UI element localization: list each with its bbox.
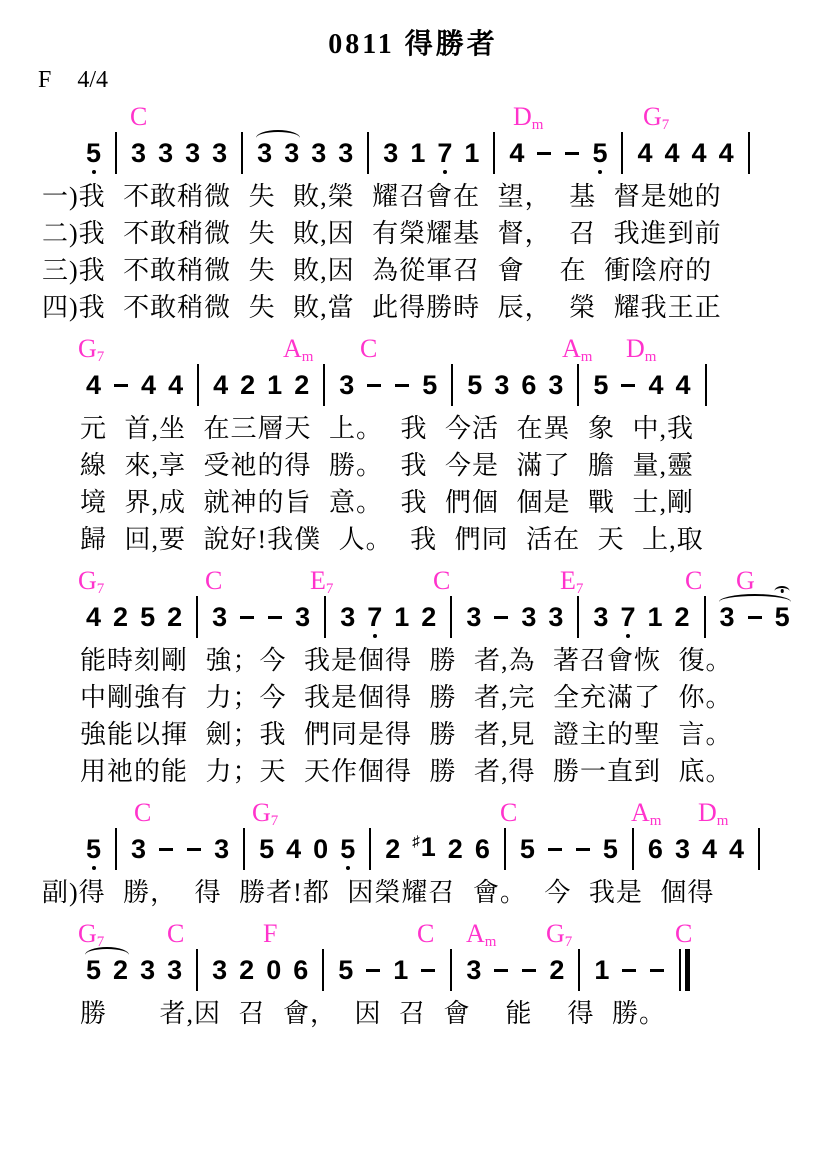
barline: [450, 596, 452, 638]
note: 5: [259, 835, 274, 863]
lyric-line: 二)我 不敢稍微 失 敗,因 有榮耀基 督， 召 我進到前: [42, 215, 826, 252]
note: 3: [593, 603, 608, 631]
chord-symbol: C: [130, 104, 147, 130]
lyric-line: 用祂的能 力；天 天作個得 勝 者,得 勝一直到 底。: [80, 753, 826, 790]
note: 6: [521, 371, 536, 399]
barline: [241, 132, 243, 174]
barline: [621, 132, 623, 174]
notation-row: 53354052♯126556344: [80, 826, 826, 872]
note: 3: [521, 603, 536, 631]
duration-dash: [621, 384, 635, 387]
chord-row: G7AmCAmDm: [0, 332, 826, 362]
chord-quality: m: [485, 934, 497, 950]
note: 1: [647, 603, 662, 631]
note: 3: [548, 603, 563, 631]
barline: [196, 949, 198, 991]
note: 2: [675, 603, 690, 631]
note: 4: [675, 371, 690, 399]
chord-row: G7CFCAmG7C: [0, 917, 826, 947]
note: 3: [131, 835, 146, 863]
note: 5: [775, 603, 790, 631]
duration-dash: [159, 848, 173, 851]
note: 5: [422, 371, 437, 399]
note: 5: [340, 835, 355, 863]
chord-quality: m: [581, 349, 593, 365]
note: 3: [284, 139, 299, 167]
note: 7: [367, 603, 382, 631]
chord-symbol: G7: [78, 568, 104, 594]
music-system: CDmG75333333333171454444一)我 不敢稍微 失 敗,榮 耀…: [0, 100, 826, 326]
barline: [367, 132, 369, 174]
slur-group: 52: [80, 956, 134, 984]
note: 3: [340, 603, 355, 631]
note: 4: [692, 139, 707, 167]
note: 3: [339, 371, 354, 399]
lyrics-block: 勝 者,因 召 會， 因 召 會 能 得 勝。: [0, 995, 826, 1032]
note: 5: [86, 139, 101, 167]
notation-row: 5333333333171454444: [80, 130, 826, 176]
chord-symbol: E7: [560, 568, 583, 594]
chord-symbol: G7: [78, 921, 104, 947]
note: 1: [410, 139, 425, 167]
lyric-line: 歸 回,要 說好!我僕 人。 我 們同 活在 天 上,取: [80, 521, 826, 558]
lyric-line: 能時刻剛 強；今 我是個得 勝 者,為 著召會恢 復。: [80, 642, 826, 679]
chord-symbol: C: [685, 568, 702, 594]
lyric-line: 強能以揮 劍；我 們同是得 勝 者,見 證主的聖 言。: [80, 716, 826, 753]
note: 3: [466, 603, 481, 631]
note: 4: [719, 139, 734, 167]
lyrics-block: 元 首,坐 在三層天 上。 我 今活 在異 象 中,我線 來,享 受祂的得 勝。…: [0, 410, 826, 558]
barline: [632, 828, 634, 870]
barline: [493, 132, 495, 174]
chord-symbol: Am: [283, 336, 313, 362]
note: 5: [592, 139, 607, 167]
duration-dash: [522, 969, 536, 972]
chord-symbol: G7: [252, 800, 278, 826]
song-title: 0811 得勝者: [0, 0, 826, 62]
chord-symbol: C: [417, 921, 434, 947]
note: 3: [311, 139, 326, 167]
music-system: G7CFCAmG7C5233320651321勝 者,因 召 會， 因 召 會 …: [0, 917, 826, 1032]
note: 4: [86, 603, 101, 631]
duration-dash: [367, 384, 381, 387]
chord-symbol: G7: [546, 921, 572, 947]
barline: [705, 364, 707, 406]
note: 4: [665, 139, 680, 167]
note: 3: [338, 139, 353, 167]
barline: [324, 596, 326, 638]
note: 4: [702, 835, 717, 863]
note: 2: [385, 835, 400, 863]
note: 5: [593, 371, 608, 399]
barline: [578, 949, 580, 991]
note: 3: [212, 139, 227, 167]
note: 7: [620, 603, 635, 631]
lyrics-block: 能時刻剛 強；今 我是個得 勝 者,為 著召會恢 復。中剛強有 力；今 我是個得…: [0, 642, 826, 790]
lyric-line: 四)我 不敢稍微 失 敗,當 此得勝時 辰， 榮 耀我王正: [42, 289, 826, 326]
duration-dash: [240, 616, 254, 619]
chord-symbol: C: [134, 800, 151, 826]
rest-note: 0: [313, 835, 328, 863]
chord-quality: 7: [97, 581, 105, 597]
lyric-line: 中剛強有 力；今 我是個得 勝 者,完 全充滿了 你。: [80, 679, 826, 716]
key-signature: F: [38, 67, 51, 93]
rest-note: 0: [266, 956, 281, 984]
note: 6: [475, 835, 490, 863]
chord-symbol: Dm: [698, 800, 728, 826]
note: 4: [729, 835, 744, 863]
chord-symbol: Am: [631, 800, 661, 826]
note: 3: [383, 139, 398, 167]
note: 4: [509, 139, 524, 167]
note: 3: [466, 956, 481, 984]
chord-symbol: G7: [78, 336, 104, 362]
note: 3: [167, 956, 182, 984]
notation-row: 4252333712333371235: [80, 594, 826, 640]
lyric-line: 元 首,坐 在三層天 上。 我 今活 在異 象 中,我: [80, 410, 826, 447]
lyrics-block: 一)我 不敢稍微 失 敗,榮 耀召會在 望， 基 督是她的二)我 不敢稍微 失 …: [0, 178, 826, 326]
fermata-icon: [775, 586, 790, 596]
barline: [450, 949, 452, 991]
chord-quality: m: [645, 349, 657, 365]
barline: [577, 596, 579, 638]
chord-symbol: G7: [643, 104, 669, 130]
barline: [369, 828, 371, 870]
note: 2: [549, 956, 564, 984]
note: 5: [603, 835, 618, 863]
note: ♯1: [412, 833, 436, 866]
barline: [322, 949, 324, 991]
note: 3: [131, 139, 146, 167]
duration-dash: [268, 616, 282, 619]
note: 2: [421, 603, 436, 631]
note: 2: [113, 956, 128, 984]
chord-symbol: C: [205, 568, 222, 594]
note: 5: [467, 371, 482, 399]
note: 5: [338, 956, 353, 984]
duration-dash: [494, 969, 508, 972]
chord-quality: 7: [565, 934, 573, 950]
note: 5: [86, 835, 101, 863]
chord-symbol: G: [736, 568, 755, 594]
chord-symbol: C: [675, 921, 692, 947]
chord-quality: 7: [326, 581, 334, 597]
lyric-line: 勝 者,因 召 會， 因 召 會 能 得 勝。: [80, 995, 826, 1032]
chord-quality: 7: [662, 117, 670, 133]
slur-group: 33: [251, 139, 305, 167]
final-barline: [679, 949, 690, 991]
note: 2: [294, 371, 309, 399]
barline: [115, 828, 117, 870]
key-time-signature: F4/4: [38, 66, 826, 94]
note: 6: [293, 956, 308, 984]
chord-symbol: C: [500, 800, 517, 826]
slur-group: 35: [714, 603, 796, 631]
music-system: CG7CAmDm53354052♯126556344副)得 勝， 得 勝者!都 …: [0, 796, 826, 911]
barline: [197, 364, 199, 406]
hymn-sheet-page: 0811 得勝者 F4/4 CDmG75333333333171454444一)…: [0, 0, 826, 1169]
note: 3: [295, 603, 310, 631]
note: 3: [494, 371, 509, 399]
note: 3: [720, 603, 735, 631]
note: 7: [437, 139, 452, 167]
duration-dash: [395, 384, 409, 387]
note: 1: [464, 139, 479, 167]
chord-symbol: Am: [466, 921, 496, 947]
chord-quality: 7: [97, 349, 105, 365]
chord-symbol: C: [433, 568, 450, 594]
barline: [704, 596, 706, 638]
duration-dash: [366, 969, 380, 972]
chord-row: CDmG7: [0, 100, 826, 130]
duration-dash: [494, 616, 508, 619]
chord-quality: 7: [576, 581, 584, 597]
chord-symbol: F: [263, 921, 277, 947]
time-signature: 4/4: [77, 67, 108, 93]
barline: [748, 132, 750, 174]
music-system: G7CE7CE7CG4252333712333371235能時刻剛 強；今 我是…: [0, 564, 826, 790]
chord-symbol: C: [167, 921, 184, 947]
note: 3: [257, 139, 272, 167]
lyric-line: 副)得 勝， 得 勝者!都 因榮耀召 會。 今 我是 個得: [42, 874, 826, 911]
note: 4: [637, 139, 652, 167]
lyric-line: 線 來,享 受祂的得 勝。 我 今是 滿了 膽 量,靈: [80, 447, 826, 484]
duration-dash: [114, 384, 128, 387]
note: 2: [239, 956, 254, 984]
note: 6: [648, 835, 663, 863]
chord-symbol: E7: [310, 568, 333, 594]
note: 2: [113, 603, 128, 631]
chord-row: G7CE7CE7CG: [0, 564, 826, 594]
barline: [243, 828, 245, 870]
barline: [196, 596, 198, 638]
chord-row: CG7CAmDm: [0, 796, 826, 826]
note: 1: [393, 956, 408, 984]
chord-symbol: Am: [562, 336, 592, 362]
duration-dash: [565, 152, 579, 155]
note: 5: [86, 956, 101, 984]
duration-dash: [187, 848, 201, 851]
lyric-line: 三)我 不敢稍微 失 敗,因 為從軍召 會 在 衝陰府的: [42, 252, 826, 289]
sharp-icon: ♯: [412, 833, 420, 850]
chord-symbol: C: [360, 336, 377, 362]
chord-symbol: Dm: [513, 104, 543, 130]
note: 3: [212, 603, 227, 631]
barline: [323, 364, 325, 406]
chord-symbol: Dm: [626, 336, 656, 362]
lyrics-block: 副)得 勝， 得 勝者!都 因榮耀召 會。 今 我是 個得: [0, 874, 826, 911]
note: 5: [520, 835, 535, 863]
note: 2: [448, 835, 463, 863]
note: 4: [141, 371, 156, 399]
note: 4: [86, 371, 101, 399]
duration-dash: [548, 848, 562, 851]
note: 1: [267, 371, 282, 399]
note: 4: [648, 371, 663, 399]
note: 3: [185, 139, 200, 167]
note: 3: [214, 835, 229, 863]
notation-row: 4444212355363544: [80, 362, 826, 408]
barline: [577, 364, 579, 406]
note: 3: [548, 371, 563, 399]
chord-quality: m: [532, 117, 544, 133]
duration-dash: [537, 152, 551, 155]
notation-row: 5233320651321: [80, 947, 826, 993]
duration-dash: [748, 616, 762, 619]
note: 3: [140, 956, 155, 984]
note: 5: [140, 603, 155, 631]
chord-quality: m: [302, 349, 314, 365]
note: 1: [594, 956, 609, 984]
barline: [504, 828, 506, 870]
note: 4: [213, 371, 228, 399]
note: 3: [212, 956, 227, 984]
music-system: G7AmCAmDm4444212355363544元 首,坐 在三層天 上。 我…: [0, 332, 826, 558]
chord-quality: m: [717, 813, 729, 829]
chord-quality: m: [650, 813, 662, 829]
barline: [115, 132, 117, 174]
note: 2: [167, 603, 182, 631]
note: 4: [286, 835, 301, 863]
duration-dash: [622, 969, 636, 972]
chord-quality: 7: [271, 813, 279, 829]
duration-dash: [576, 848, 590, 851]
note: 3: [158, 139, 173, 167]
music-systems-container: CDmG75333333333171454444一)我 不敢稍微 失 敗,榮 耀…: [0, 100, 826, 1032]
lyric-line: 一)我 不敢稍微 失 敗,榮 耀召會在 望， 基 督是她的: [42, 178, 826, 215]
note: 2: [240, 371, 255, 399]
barline: [758, 828, 760, 870]
duration-dash: [650, 969, 664, 972]
note: 4: [168, 371, 183, 399]
note: 3: [675, 835, 690, 863]
lyric-line: 境 界,成 就神的旨 意。 我 們個 個是 戰 士,剛: [80, 484, 826, 521]
note: 1: [394, 603, 409, 631]
barline: [451, 364, 453, 406]
duration-dash: [421, 969, 435, 972]
